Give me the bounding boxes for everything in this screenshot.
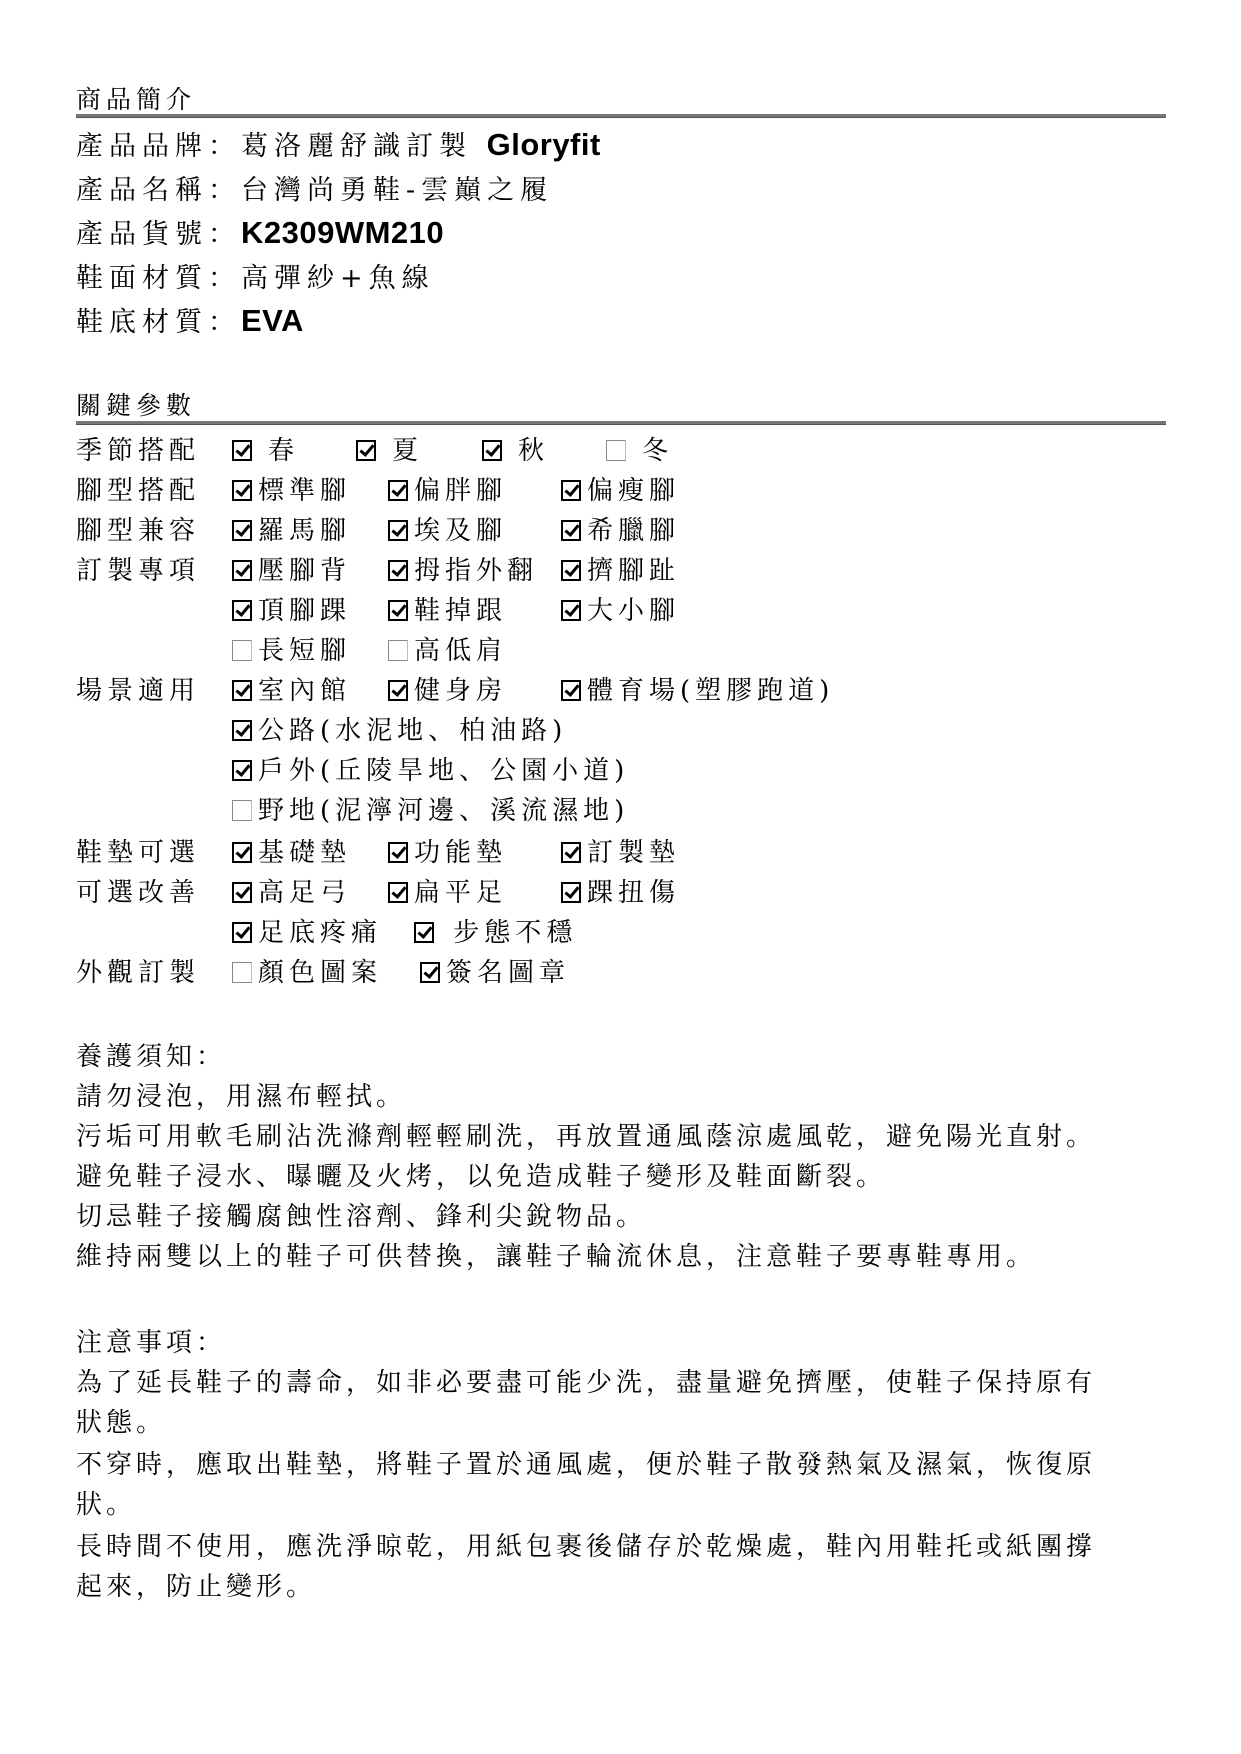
checkbox-checked-icon[interactable]	[561, 520, 581, 541]
option-spring[interactable]: 春	[232, 430, 299, 467]
checkbox-checked-icon[interactable]	[232, 440, 252, 461]
checkbox-checked-icon[interactable]	[232, 882, 252, 903]
option[interactable]: 簽名圖章	[420, 952, 570, 989]
option[interactable]: 戶外(丘陵旱地、公園小道)	[232, 750, 629, 787]
option[interactable]: 步態不穩	[414, 912, 577, 949]
checkbox-empty-icon[interactable]	[232, 800, 252, 821]
checkbox-empty-icon[interactable]	[388, 640, 408, 661]
care-line: 切忌鞋子接觸腐蝕性溶劑、鋒利尖銳物品。	[76, 1196, 646, 1233]
checkbox-checked-icon[interactable]	[388, 882, 408, 903]
care-line: 污垢可用軟毛刷沾洗滌劑輕輕刷洗，再放置通風蔭涼處風乾，避免陽光直射。	[76, 1116, 1096, 1153]
checkbox-checked-icon[interactable]	[414, 922, 434, 943]
field-label: 產品品牌：	[76, 131, 241, 162]
field-value-latin: EVA	[241, 303, 304, 338]
notes-line: 狀態。	[76, 1402, 166, 1439]
param-label: 季節搭配	[76, 430, 200, 467]
option[interactable]: 羅馬腳	[232, 510, 351, 547]
checkbox-checked-icon[interactable]	[232, 922, 252, 943]
param-label: 訂製專項	[76, 550, 200, 587]
checkbox-checked-icon[interactable]	[482, 440, 502, 461]
field-sku: 產品貨號：K2309WM210	[76, 212, 444, 251]
checkbox-checked-icon[interactable]	[356, 440, 376, 461]
notes-line: 不穿時，應取出鞋墊，將鞋子置於通風處，便於鞋子散發熱氣及濕氣，恢復原	[76, 1444, 1096, 1481]
checkbox-checked-icon[interactable]	[232, 560, 252, 581]
option[interactable]: 體育場(塑膠跑道)	[561, 670, 834, 707]
option[interactable]: 高低肩	[388, 630, 507, 667]
option[interactable]: 埃及腳	[388, 510, 507, 547]
checkbox-checked-icon[interactable]	[232, 480, 252, 501]
field-label: 產品名稱：	[76, 175, 241, 206]
checkbox-checked-icon[interactable]	[388, 520, 408, 541]
checkbox-checked-icon[interactable]	[388, 560, 408, 581]
care-line: 請勿浸泡，用濕布輕拭。	[76, 1076, 406, 1113]
checkbox-checked-icon[interactable]	[232, 842, 252, 863]
option[interactable]: 大小腳	[561, 590, 680, 627]
param-label: 腳型搭配	[76, 470, 200, 507]
option[interactable]: 扁平足	[388, 872, 507, 909]
option-summer[interactable]: 夏	[356, 430, 423, 467]
option[interactable]: 健身房	[388, 670, 507, 707]
section-divider	[76, 114, 1166, 118]
option-autumn[interactable]: 秋	[482, 430, 549, 467]
field-value: 台灣尚勇鞋-雲巔之履	[241, 175, 553, 206]
field-sole-material: 鞋底材質：EVA	[76, 300, 304, 339]
option[interactable]: 偏胖腳	[388, 470, 507, 507]
option[interactable]: 鞋掉跟	[388, 590, 507, 627]
checkbox-checked-icon[interactable]	[420, 962, 440, 983]
checkbox-empty-icon[interactable]	[232, 962, 252, 983]
checkbox-checked-icon[interactable]	[561, 600, 581, 621]
section-title-intro: 商品簡介	[76, 80, 196, 116]
option[interactable]: 公路(水泥地、柏油路)	[232, 710, 567, 747]
field-value: 高彈紗+魚線	[241, 263, 435, 294]
option[interactable]: 拇指外翻	[388, 550, 538, 587]
field-label: 鞋底材質：	[76, 307, 241, 338]
field-label: 產品貨號：	[76, 219, 241, 250]
field-value: 葛洛麗舒識訂製	[241, 131, 487, 162]
checkbox-checked-icon[interactable]	[388, 680, 408, 701]
notes-line: 長時間不使用，應洗淨晾乾，用紙包裹後儲存於乾燥處，鞋內用鞋托或紙團撐	[76, 1526, 1096, 1563]
option[interactable]: 高足弓	[232, 872, 351, 909]
option[interactable]: 基礎墊	[232, 832, 351, 869]
option[interactable]: 長短腳	[232, 630, 351, 667]
checkbox-checked-icon[interactable]	[561, 680, 581, 701]
option[interactable]: 偏瘦腳	[561, 470, 680, 507]
notes-line: 為了延長鞋子的壽命，如非必要盡可能少洗，盡量避免擠壓，使鞋子保持原有	[76, 1362, 1096, 1399]
checkbox-empty-icon[interactable]	[232, 640, 252, 661]
checkbox-checked-icon[interactable]	[561, 480, 581, 501]
notes-line: 狀。	[76, 1484, 136, 1521]
option[interactable]: 擠腳趾	[561, 550, 680, 587]
param-label: 外觀訂製	[76, 952, 200, 989]
checkbox-checked-icon[interactable]	[388, 600, 408, 621]
option[interactable]: 室內館	[232, 670, 351, 707]
checkbox-checked-icon[interactable]	[232, 760, 252, 781]
option[interactable]: 壓腳背	[232, 550, 351, 587]
field-upper-material: 鞋面材質：高彈紗+魚線	[76, 256, 435, 295]
param-label: 腳型兼容	[76, 510, 200, 547]
care-line: 維持兩雙以上的鞋子可供替換，讓鞋子輪流休息，注意鞋子要專鞋專用。	[76, 1236, 1036, 1273]
option[interactable]: 顏色圖案	[232, 952, 382, 989]
param-label: 可選改善	[76, 872, 200, 909]
option[interactable]: 功能墊	[388, 832, 507, 869]
checkbox-checked-icon[interactable]	[388, 480, 408, 501]
field-label: 鞋面材質：	[76, 263, 241, 294]
field-brand: 產品品牌：葛洛麗舒識訂製 Gloryfit	[76, 124, 601, 163]
option[interactable]: 踝扭傷	[561, 872, 680, 909]
checkbox-checked-icon[interactable]	[388, 842, 408, 863]
checkbox-checked-icon[interactable]	[561, 882, 581, 903]
param-label: 場景適用	[76, 670, 200, 707]
option[interactable]: 希臘腳	[561, 510, 680, 547]
section-title-params: 關鍵參數	[76, 386, 196, 422]
checkbox-checked-icon[interactable]	[561, 560, 581, 581]
checkbox-checked-icon[interactable]	[232, 680, 252, 701]
checkbox-checked-icon[interactable]	[561, 842, 581, 863]
notes-line: 起來，防止變形。	[76, 1566, 316, 1603]
option-winter[interactable]: 冬	[606, 430, 673, 467]
param-label: 鞋墊可選	[76, 832, 200, 869]
section-divider	[76, 421, 1166, 425]
checkbox-empty-icon[interactable]	[606, 440, 626, 461]
option[interactable]: 訂製墊	[561, 832, 680, 869]
option[interactable]: 標準腳	[232, 470, 351, 507]
care-line: 避免鞋子浸水、曝曬及火烤，以免造成鞋子變形及鞋面斷裂。	[76, 1156, 886, 1193]
option[interactable]: 頂腳踝	[232, 590, 351, 627]
care-title: 養護須知：	[76, 1036, 226, 1073]
field-value-latin: Gloryfit	[487, 127, 601, 162]
field-product-name: 產品名稱：台灣尚勇鞋-雲巔之履	[76, 168, 553, 207]
option[interactable]: 野地(泥濘河邊、溪流濕地)	[232, 790, 629, 827]
checkbox-checked-icon[interactable]	[232, 520, 252, 541]
checkbox-checked-icon[interactable]	[232, 720, 252, 741]
field-value-latin: K2309WM210	[241, 215, 444, 250]
option[interactable]: 足底疼痛	[232, 912, 382, 949]
checkbox-checked-icon[interactable]	[232, 600, 252, 621]
notes-title: 注意事項：	[76, 1322, 226, 1359]
